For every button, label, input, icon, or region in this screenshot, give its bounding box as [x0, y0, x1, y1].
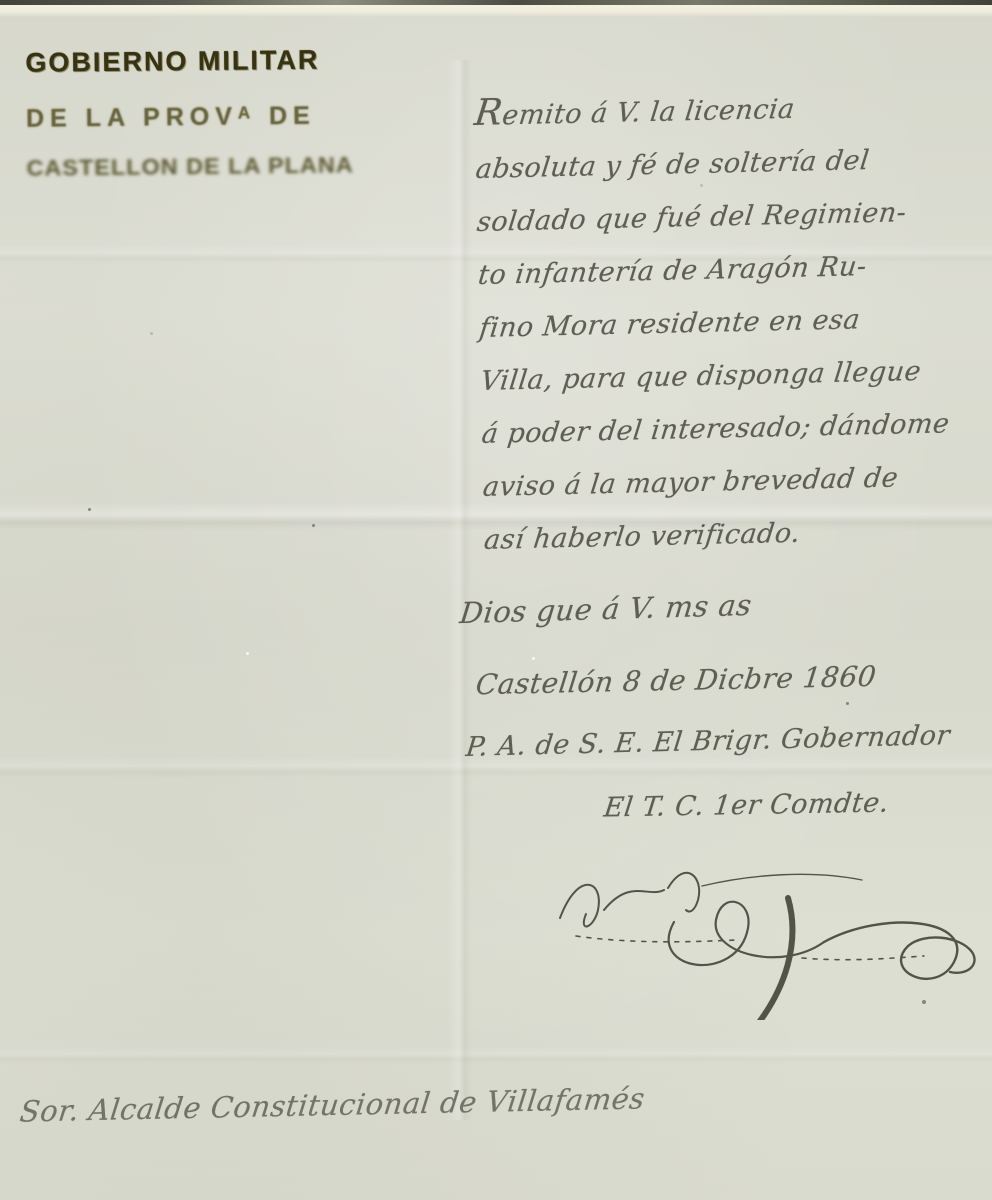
letter-body: Remito á V. la licencia absoluta y fé de…: [474, 74, 992, 567]
paper-speck: [846, 702, 849, 705]
paper-speck: [312, 524, 315, 527]
closing-rank: El T. C. 1er Comdte.: [604, 788, 889, 824]
government-stamp: GOBIERNO MILITAR DE LA PROVᴬ DE CASTELLO…: [25, 44, 366, 182]
paper-crease: [0, 1046, 992, 1064]
stamp-line-3-smudged: CASTELLON DE LA PLANA: [26, 152, 387, 182]
stamp-line-1: GOBIERNO MILITAR: [25, 44, 365, 79]
scan-top-light-strip: [0, 5, 992, 17]
paper-fold-vertical: [448, 60, 472, 1120]
closing-rank-text: El T. C. 1er Comdte.: [602, 787, 891, 823]
paper-speck: [246, 652, 249, 655]
paper-speck: [88, 508, 91, 511]
signature-svg: [552, 840, 988, 1020]
signature-flourish: [552, 840, 988, 1020]
paper-speck: [150, 332, 153, 335]
stamp-line-2: DE LA PROVᴬ DE: [26, 101, 366, 134]
paper-speck: [532, 657, 535, 660]
